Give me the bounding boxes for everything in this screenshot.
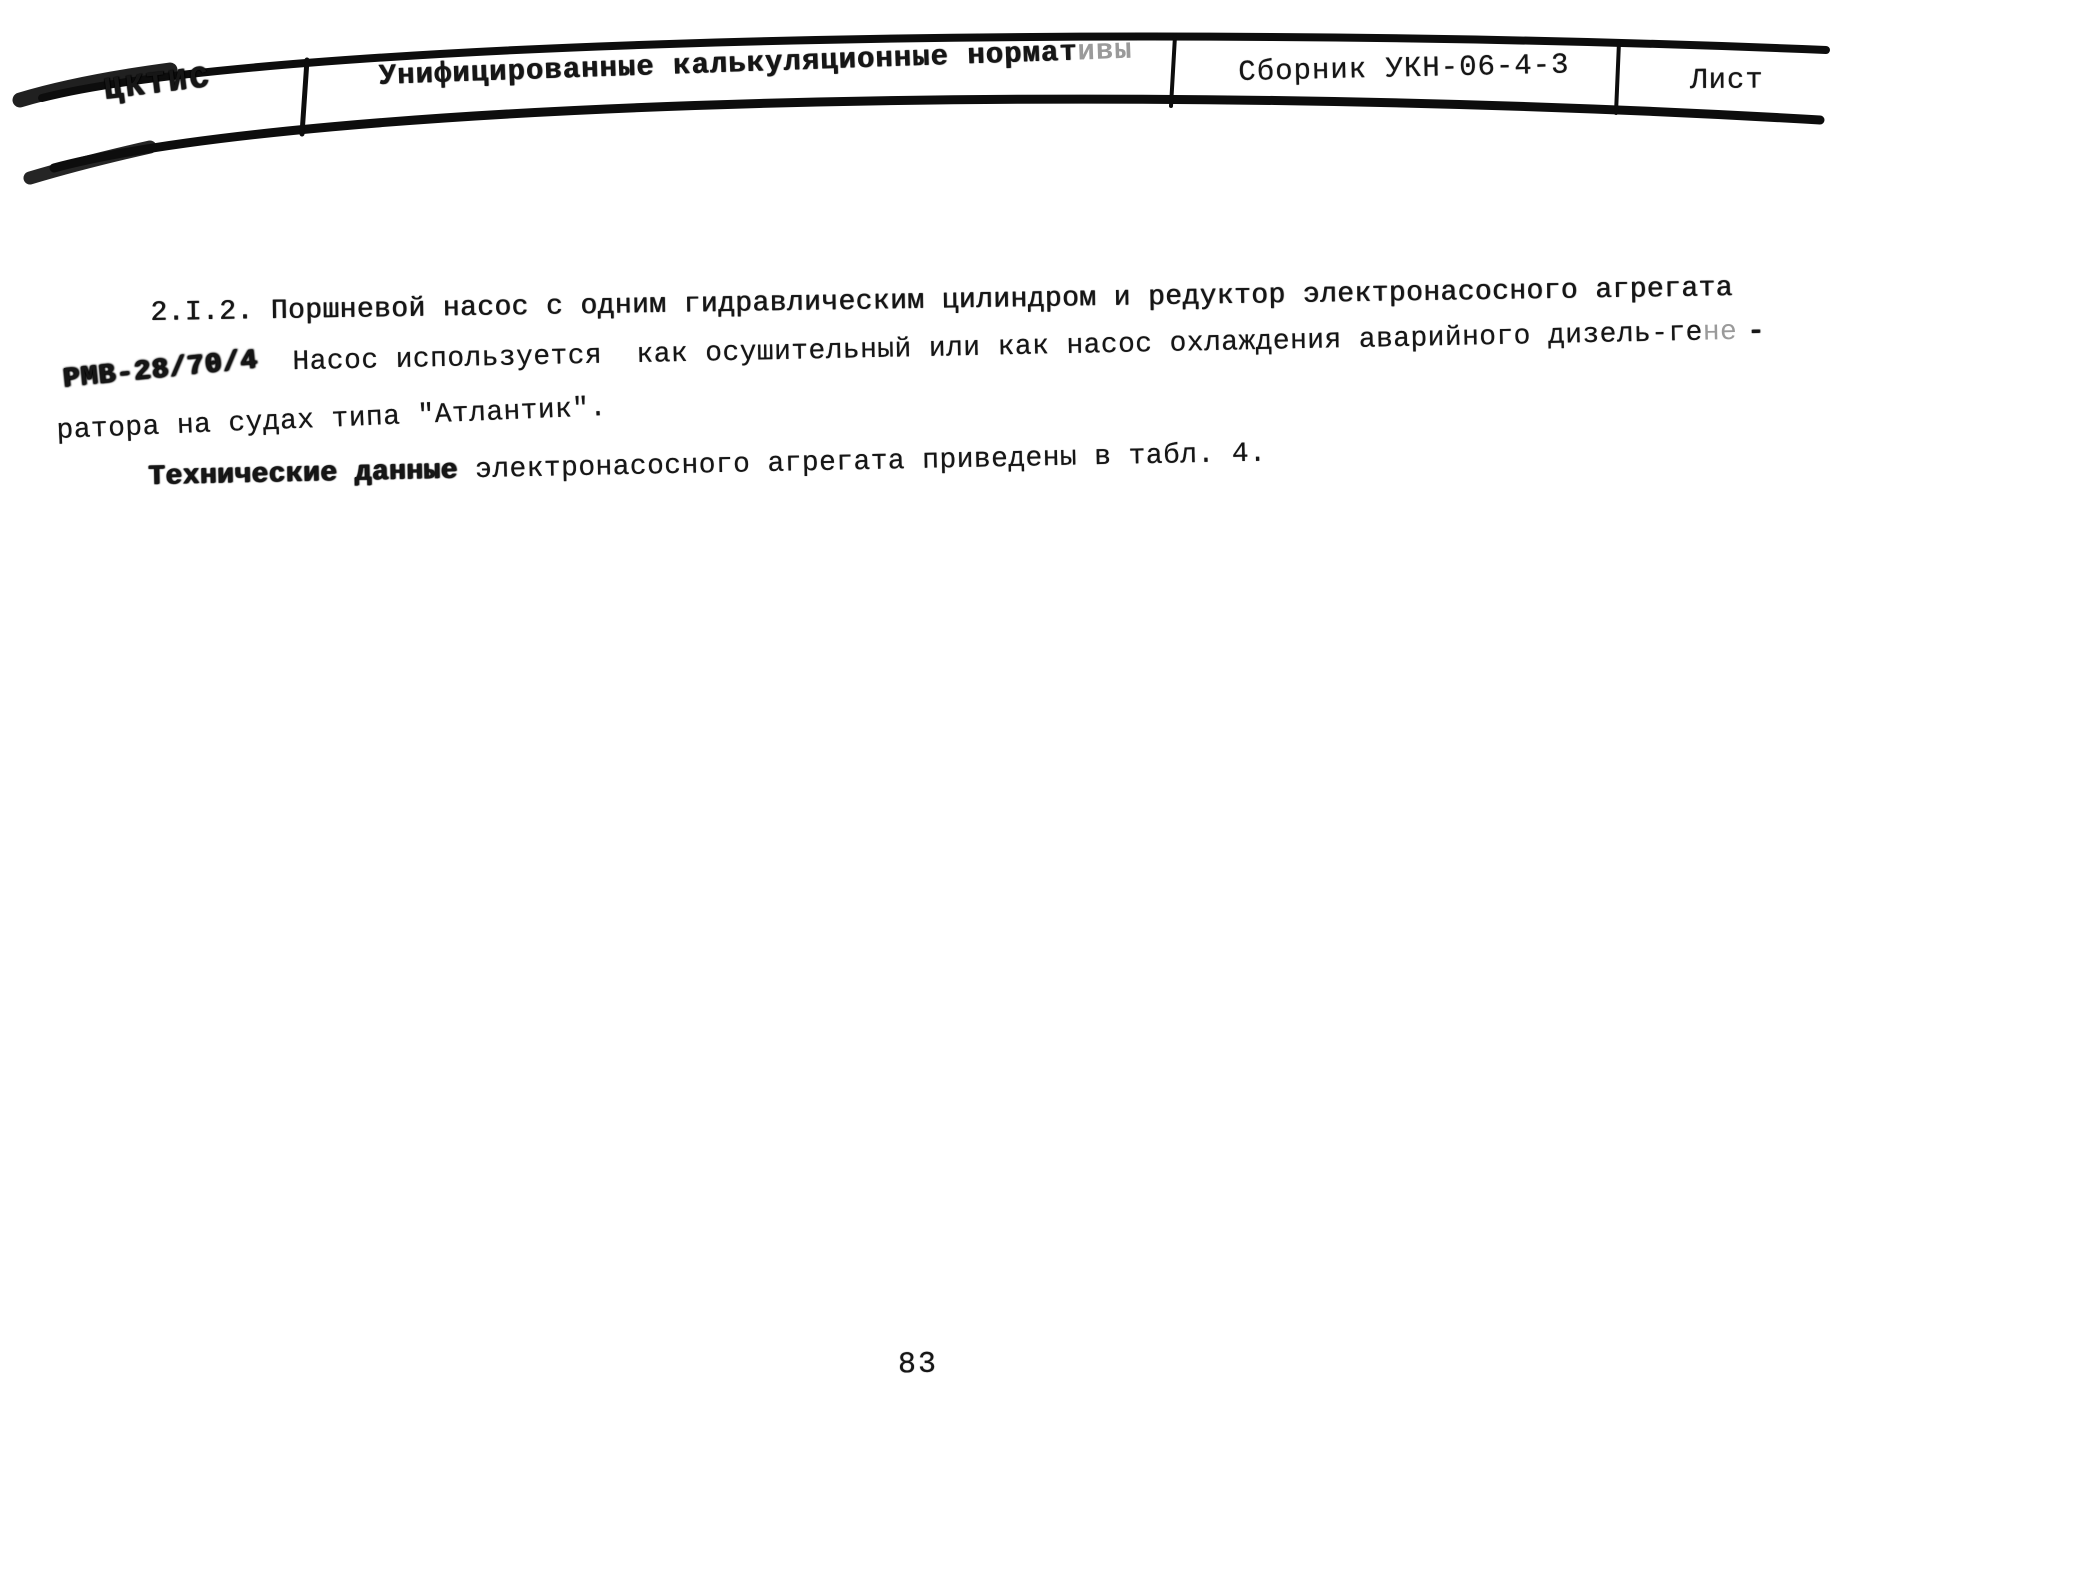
paragraph-line-2-text: Насос используется как осушительный или … [258, 318, 1703, 379]
paragraph-line-2-hyphen: - [1747, 316, 1765, 347]
paragraph-line-4-text: электронасосного агрегата приведены в та… [458, 439, 1267, 487]
header-title-faded-tail: ивы [1077, 34, 1133, 69]
scanned-document-page: ЦКТИС Унифицированные калькуляционные но… [0, 0, 2079, 1588]
header-sheet-label: Лист [1690, 63, 1764, 97]
paragraph-line-1: 2.I.2. Поршневой насос с одним гидравлич… [150, 273, 1733, 329]
page-number: 83 [898, 1348, 939, 1383]
paragraph-line-4-emphasis: Технические данные [148, 456, 458, 493]
header-table-borders [0, 0, 1900, 240]
paragraph-line-3: ратора на судах типа "Атлантик". [56, 393, 607, 447]
pump-model-code: РМВ-28/70/4 [62, 345, 260, 395]
paragraph-line-4: Технические данные электронасосного агре… [148, 439, 1267, 493]
paragraph-line-2-faded-syllable: не [1703, 317, 1738, 349]
